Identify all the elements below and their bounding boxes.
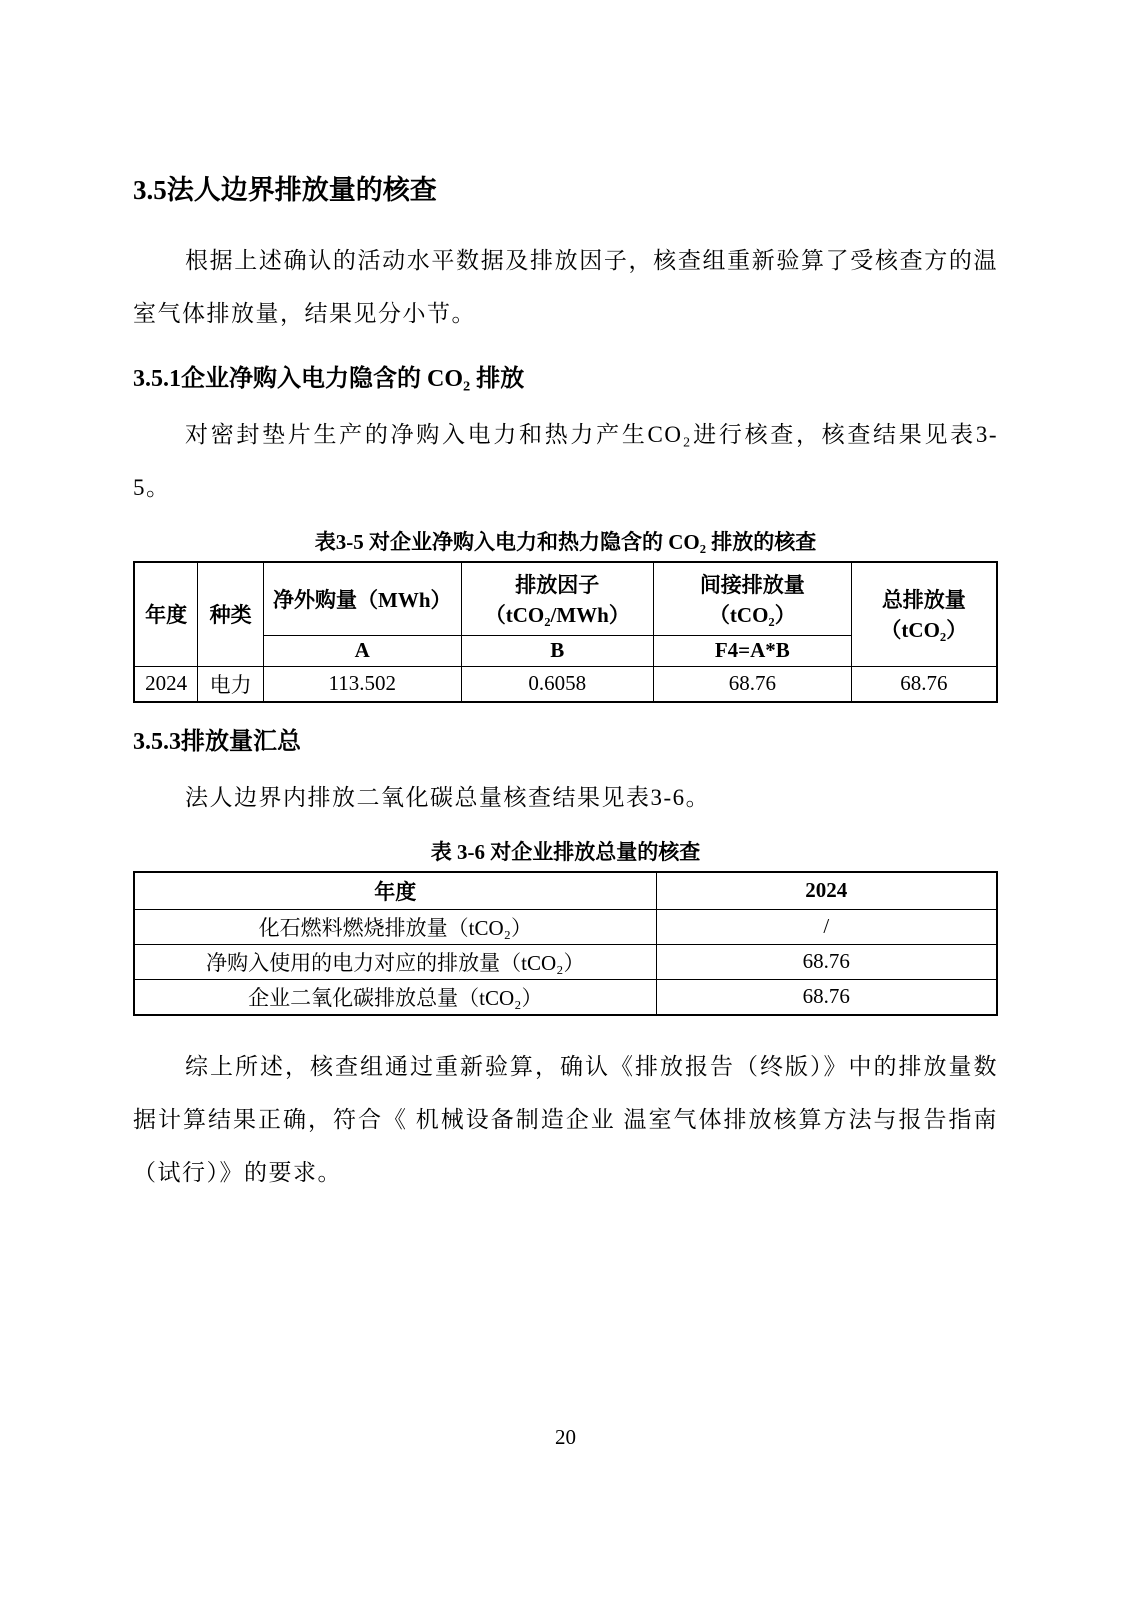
table-row: 净购入使用的电力对应的排放量（tCO₂） 68.76 (134, 944, 997, 979)
table-3-5: 年度 种类 净外购量（MWh） 排放因子 （tCO₂/MWh） 间接排放量 （t… (133, 561, 998, 703)
paragraph-intro: 根据上述确认的活动水平数据及排放因子，核查组重新验算了受核查方的温室气体排放量，… (133, 234, 998, 340)
table-row: 2024 电力 113.502 0.6058 68.76 68.76 (134, 666, 997, 702)
header-cell-indirect: 间接排放量 （tCO₂） (654, 562, 852, 635)
header-cell-factor: 排放因子 （tCO₂/MWh） (461, 562, 653, 635)
header-cell-value: 2024 (656, 872, 997, 909)
table-3-6: 年度 2024 化石燃料燃烧排放量（tCO₂） / 净购入使用的电力对应的排放量… (133, 871, 998, 1016)
table-3-5-caption: 表3-5 对企业净购入电力和热力隐含的 CO₂ 排放的核查 (133, 528, 998, 556)
data-cell-value: / (656, 909, 997, 944)
data-cell-type: 电力 (198, 666, 264, 702)
header-cell-type: 种类 (198, 562, 264, 666)
data-cell-factor: 0.6058 (461, 666, 653, 702)
data-cell-indirect: 68.76 (654, 666, 852, 702)
document-page: 3.5法人边界排放量的核查 根据上述确认的活动水平数据及排放因子，核查组重新验算… (0, 0, 1131, 1600)
paragraph-3-5-1: 对密封垫片生产的净购入电力和热力产生CO₂进行核查，核查结果见表3-5。 (133, 408, 998, 514)
data-cell-purchase: 113.502 (263, 666, 461, 702)
header-cell-total: 总排放量 （tCO₂） (851, 562, 997, 666)
table-3-6-caption: 表 3-6 对企业排放总量的核查 (133, 838, 998, 866)
paragraph-conclusion: 综上所述，核查组通过重新验算，确认《排放报告（终版）》中的排放量数据计算结果正确… (133, 1040, 998, 1199)
data-cell-item: 化石燃料燃烧排放量（tCO₂） (134, 909, 656, 944)
subheader-cell-f4: F4=A*B (654, 635, 852, 666)
section-heading-3-5-3: 3.5.3排放量汇总 (133, 725, 998, 759)
section-heading-3-5: 3.5法人边界排放量的核查 (133, 170, 998, 210)
data-cell-item: 净购入使用的电力对应的排放量（tCO₂） (134, 944, 656, 979)
subheader-cell-a: A (263, 635, 461, 666)
data-cell-item: 企业二氧化碳排放总量（tCO₂） (134, 979, 656, 1015)
header-cell-purchase: 净外购量（MWh） (263, 562, 461, 635)
table-row: 年度 2024 (134, 872, 997, 909)
section-heading-3-5-1: 3.5.1企业净购入电力隐含的 CO₂ 排放 (133, 362, 998, 396)
data-cell-year: 2024 (134, 666, 198, 702)
subheader-cell-b: B (461, 635, 653, 666)
page-number: 20 (0, 1425, 1131, 1450)
data-cell-value: 68.76 (656, 979, 997, 1015)
header-cell-year: 年度 (134, 562, 198, 666)
data-cell-total: 68.76 (851, 666, 997, 702)
data-cell-value: 68.76 (656, 944, 997, 979)
paragraph-3-5-3: 法人边界内排放二氧化碳总量核查结果见表3-6。 (133, 771, 998, 824)
header-cell-item: 年度 (134, 872, 656, 909)
table-row: 年度 种类 净外购量（MWh） 排放因子 （tCO₂/MWh） 间接排放量 （t… (134, 562, 997, 635)
table-row: 企业二氧化碳排放总量（tCO₂） 68.76 (134, 979, 997, 1015)
table-row: 化石燃料燃烧排放量（tCO₂） / (134, 909, 997, 944)
